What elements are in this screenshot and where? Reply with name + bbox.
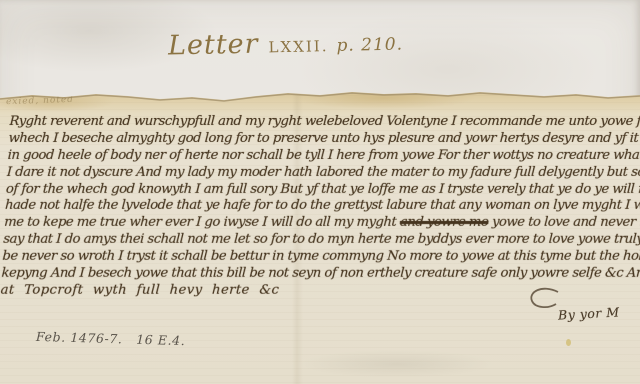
caption-page-ref: p. 210. [336, 35, 403, 56]
ink-spot [566, 339, 571, 346]
plate-caption: LetterLXXII.p. 210. [168, 26, 404, 62]
manuscript-line: Ryght reverent and wurschypfull and my r… [9, 114, 640, 131]
manuscript-line: be never so wroth I tryst it schall be b… [2, 249, 640, 266]
caption-numeral: LXXII. [268, 37, 328, 56]
letter-body: Ryght reverent and wurschypfull and my r… [0, 114, 640, 300]
manuscript-line: me to kepe me true wher ever I go iwyse … [4, 215, 640, 232]
letter-sheet: exied, noted Ryght reverent and wurschyp… [0, 88, 640, 384]
torn-edge [0, 88, 640, 108]
caption-word: Letter [168, 29, 259, 62]
manuscript-line: hade not halfe the lyvelode that ye hafe… [5, 198, 640, 215]
date-annotation: Feb. 1476-7. 16 E.4. [36, 329, 186, 348]
corner-inscription: By yor M [558, 304, 620, 322]
manuscript-line: of for the whech god knowyth I am full s… [5, 182, 640, 199]
manuscript-line: say that I do amys thei schall not me le… [3, 232, 640, 249]
manuscript-line: kepyng And I besech yowe that this bill … [1, 266, 640, 283]
manuscript-line: in good heele of body ner of herte nor s… [7, 148, 640, 165]
manuscript-line: whech I beseche almyghty god long for to… [8, 131, 640, 148]
manuscript-line: I dare it not dyscure And my lady my mod… [6, 165, 640, 182]
manuscript-photograph: LetterLXXII.p. 210. exied, noted Ryght r… [0, 0, 640, 384]
struck-text: and yowre mo [399, 215, 488, 230]
